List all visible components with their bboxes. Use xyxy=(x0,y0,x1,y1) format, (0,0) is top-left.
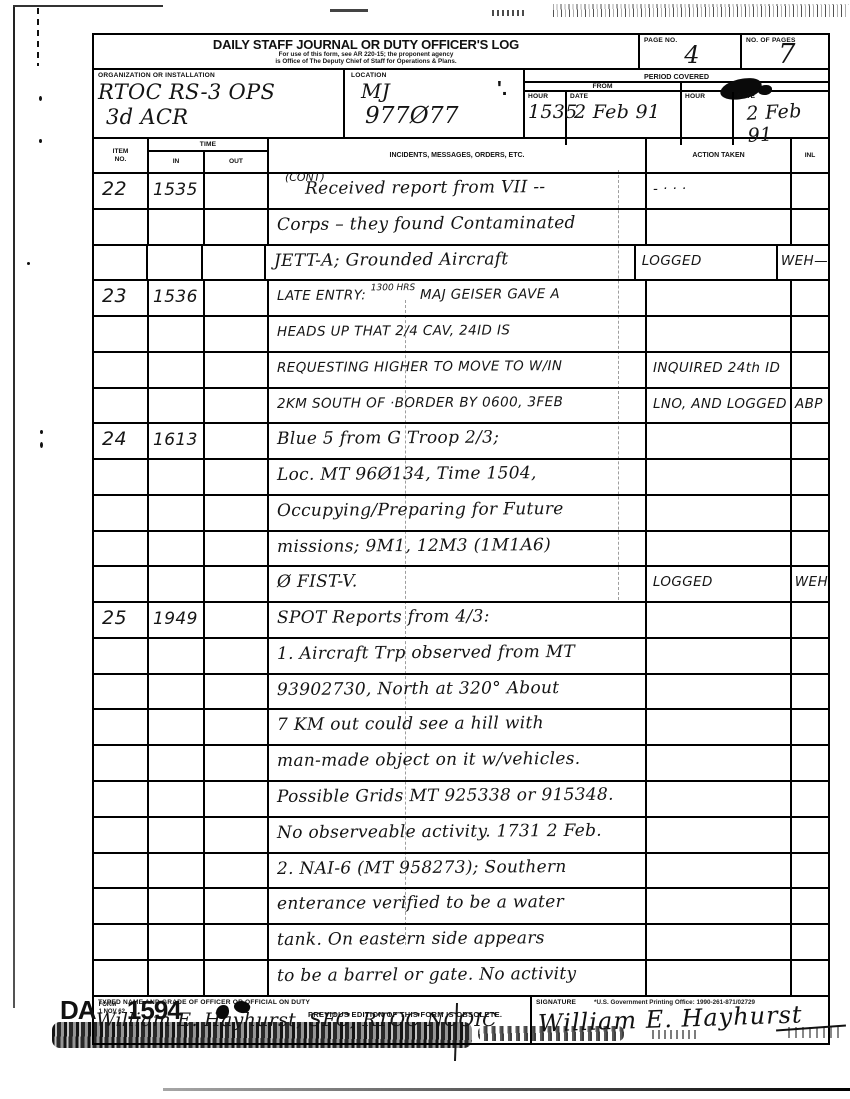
incident-main: No observeable activity. 1731 2 Feb. xyxy=(277,816,602,848)
margin-scan-mark xyxy=(37,8,39,66)
entry-time-in xyxy=(149,925,205,959)
period-covered-label: PERIOD COVERED xyxy=(525,70,828,83)
incident-line: SPOT Reports from 4/3: xyxy=(277,601,645,634)
entry-time-in xyxy=(149,639,205,673)
table-row: 251949SPOT Reports from 4/3: xyxy=(94,601,828,637)
incident-main: Corps – they found Contaminated xyxy=(277,208,576,240)
entry-time-in xyxy=(149,854,205,888)
incident-line: 93902730, North at 320° About xyxy=(277,672,645,705)
column-header-row: ITEM NO. TIME IN OUT INCIDENTS, MESSAGES… xyxy=(94,137,828,172)
incident-main: Ø FIST-V. xyxy=(277,567,358,598)
incident-line: man-made object on it w/vehicles. xyxy=(277,744,645,777)
entry-time-in xyxy=(148,246,203,280)
table-row: 7 KM out could see a hill with xyxy=(94,708,828,744)
to-hour-label: HOUR xyxy=(685,93,732,101)
table-row: missions; 9M1, 12M3 (1M1A6) xyxy=(94,530,828,566)
incident-main: 2. NAI-6 (MT 958273); Southern xyxy=(277,852,567,884)
incident-main: Blue 5 from G Troop 2/3; xyxy=(277,423,499,455)
page-no-box: PAGE NO. 4 xyxy=(640,35,742,68)
incident-line: Corps – they found Contaminated xyxy=(277,207,645,240)
table-row: Occupying/Preparing for Future xyxy=(94,494,828,530)
from-hour-label: HOUR xyxy=(528,93,565,101)
table-row: 221535(CONT)Received report from VII ---… xyxy=(94,172,828,208)
incident-main: JETT-A; Grounded Aircraft xyxy=(274,244,509,276)
incident-main: 2KM SOUTH OF ·BORDER BY 0600, 3FEB xyxy=(277,387,563,419)
entry-time-out xyxy=(205,782,269,816)
incident-main: to be a barrel or gate. No activity xyxy=(277,959,577,991)
table-row: 241613Blue 5 from G Troop 2/3; xyxy=(94,422,828,458)
form-number-line: DA FORM 1 NOV 62 1594 xyxy=(60,998,181,1022)
entry-action-taken xyxy=(647,210,792,244)
entry-incident-text: missions; 9M1, 12M3 (1M1A6) xyxy=(269,532,647,566)
entry-time-out xyxy=(205,746,269,780)
incident-line: Loc. MT 96Ø134, Time 1504, xyxy=(277,458,645,491)
form-edition: FORM 1 NOV 62 xyxy=(99,1002,125,1015)
col-item: ITEM NO. xyxy=(94,139,149,172)
entry-initials: ABP xyxy=(792,389,828,423)
entry-initials: WEH xyxy=(792,567,828,601)
entry-time-out xyxy=(205,675,269,709)
entry-initials xyxy=(792,460,828,494)
page-no-value: 4 xyxy=(644,45,740,65)
entry-incident-text: HEADS UP THAT 2/4 CAV, 24ID IS xyxy=(269,317,647,351)
entry-time-out xyxy=(205,961,269,995)
margin-dot xyxy=(40,442,43,448)
entry-item-no xyxy=(94,925,149,959)
table-row: enterance verified to be a water xyxy=(94,887,828,923)
entry-time-in xyxy=(149,961,205,995)
entry-time-out xyxy=(205,174,269,208)
entry-time-out xyxy=(205,460,269,494)
incident-line: missions; 9M1, 12M3 (1M1A6) xyxy=(277,529,645,562)
form-subtitle-2: is Office of The Deputy Chief of Staff f… xyxy=(94,58,638,65)
entry-action-taken xyxy=(647,925,792,959)
organization-label: ORGANIZATION OR INSTALLATION xyxy=(98,72,343,80)
entry-item-no xyxy=(94,675,149,709)
table-row: Loc. MT 96Ø134, Time 1504, xyxy=(94,458,828,494)
incident-superscript: 1300 HRS xyxy=(371,283,416,293)
table-row: man-made object on it w/vehicles. xyxy=(94,744,828,780)
entry-time-out xyxy=(205,925,269,959)
entry-incident-text: (CONT)Received report from VII -- xyxy=(269,174,647,208)
entry-initials xyxy=(792,603,828,637)
table-row: 2. NAI-6 (MT 958273); Southern xyxy=(94,852,828,888)
entry-item-no xyxy=(94,961,149,995)
entry-incident-text: Possible Grids MT 925338 or 915348. xyxy=(269,782,647,816)
scanner-noise-mid xyxy=(492,10,526,16)
incident-line: Ø FIST-V. xyxy=(277,565,645,598)
incident-main: Loc. MT 96Ø134, Time 1504, xyxy=(277,458,537,490)
obsolete-note: PREVIOUS EDITION OF THIS FORM IS OBSOLET… xyxy=(308,1010,502,1019)
entry-time-in xyxy=(149,210,205,244)
incident-line: to be a barrel or gate. No activity xyxy=(277,958,645,991)
entry-incident-text: 93902730, North at 320° About xyxy=(269,675,647,709)
entry-initials xyxy=(792,496,828,530)
table-row: JETT-A; Grounded AircraftLOGGEDWEH— xyxy=(94,244,828,280)
to-hour-cell: HOUR xyxy=(682,92,734,145)
incident-line: Possible Grids MT 925338 or 915348. xyxy=(277,779,645,812)
org-row: ORGANIZATION OR INSTALLATION RTOC RS-3 O… xyxy=(94,68,828,137)
entry-incident-text: Blue 5 from G Troop 2/3; xyxy=(269,424,647,458)
table-row: 231536LATE ENTRY: 1300 HRS MAJ GEISER GA… xyxy=(94,279,828,315)
margin-dot xyxy=(40,430,43,434)
col-item-line1: ITEM xyxy=(113,148,129,156)
entry-initials xyxy=(792,925,828,959)
table-row: 1. Aircraft Trp observed from MT xyxy=(94,637,828,673)
entry-time-in xyxy=(149,496,205,530)
incident-main: 93902730, North at 320° About xyxy=(277,673,560,705)
entry-item-no xyxy=(94,889,149,923)
entry-action-taken: INQUIRED 24th ID xyxy=(647,353,792,387)
entry-incident-text: 7 KM out could see a hill with xyxy=(269,710,647,744)
incident-line: tank. On eastern side appears xyxy=(277,923,645,956)
from-date-label: DATE xyxy=(570,93,680,101)
pages-box: NO. OF PAGES 7 xyxy=(742,35,828,68)
ink-blob xyxy=(216,1005,229,1019)
entry-time-out xyxy=(205,424,269,458)
incident-line: 1. Aircraft Trp observed from MT xyxy=(277,636,645,669)
table-row: 2KM SOUTH OF ·BORDER BY 0600, 3FEBLNO, A… xyxy=(94,387,828,423)
entry-item-no: 22 xyxy=(94,174,149,208)
incident-main: enterance verified to be a water xyxy=(277,887,564,919)
entry-time-out xyxy=(205,603,269,637)
incident-main: HEADS UP THAT 2/4 CAV, 24ID IS xyxy=(277,315,511,347)
entry-time-in xyxy=(149,818,205,852)
incident-line: HEADS UP THAT 2/4 CAV, 24ID IS xyxy=(277,314,645,347)
col-time: TIME IN OUT xyxy=(149,139,269,172)
entry-action-taken xyxy=(647,532,792,566)
entry-time-out xyxy=(205,854,269,888)
pages-value: 7 xyxy=(746,45,828,65)
from-hour-cell: HOUR 1535 xyxy=(525,92,567,145)
entry-action-taken: LOGGED xyxy=(647,567,792,601)
entry-action-taken xyxy=(647,854,792,888)
entry-time-in xyxy=(149,675,205,709)
entry-initials xyxy=(792,854,828,888)
organization-value-1: RTOC RS-3 OPS xyxy=(98,80,343,104)
incident-main: Possible Grids MT 925338 or 915348. xyxy=(277,780,614,812)
entry-action-taken xyxy=(647,639,792,673)
entry-incident-text: LATE ENTRY: 1300 HRS MAJ GEISER GAVE A xyxy=(269,281,647,315)
entry-time-out xyxy=(205,889,269,923)
entry-initials xyxy=(792,317,828,351)
entry-action-taken: - · · · xyxy=(647,174,792,208)
entry-action-taken xyxy=(647,424,792,458)
entry-incident-text: Corps – they found Contaminated xyxy=(269,210,647,244)
entry-item-no xyxy=(94,532,149,566)
entry-item-no xyxy=(94,246,148,280)
entry-time-in xyxy=(149,389,205,423)
from-date-cell: DATE 2 Feb 91 xyxy=(567,92,682,145)
entry-initials xyxy=(792,889,828,923)
entry-initials xyxy=(792,210,828,244)
entry-action-taken: LOGGED xyxy=(636,246,778,280)
entry-time-out xyxy=(205,389,269,423)
table-row: No observeable activity. 1731 2 Feb. xyxy=(94,816,828,852)
entry-time-in xyxy=(149,353,205,387)
entry-time-out xyxy=(205,639,269,673)
entry-incident-text: 2. NAI-6 (MT 958273); Southern xyxy=(269,854,647,888)
entry-time-in xyxy=(149,782,205,816)
entry-time-in: 1535 xyxy=(149,174,205,208)
entry-incident-text: 1. Aircraft Trp observed from MT xyxy=(269,639,647,673)
entry-item-no xyxy=(94,460,149,494)
incident-line: LATE ENTRY: 1300 HRS MAJ GEISER GAVE A xyxy=(277,279,645,314)
scan-bottom-edge xyxy=(163,1088,850,1091)
col-out: OUT xyxy=(205,152,267,172)
incident-line: (CONT)Received report from VII -- xyxy=(277,171,645,204)
entry-incident-text: man-made object on it w/vehicles. xyxy=(269,746,647,780)
table-row: tank. On eastern side appears xyxy=(94,923,828,959)
location-box: LOCATION MJ 977Ø77 '. xyxy=(345,70,525,137)
scanner-noise-dash xyxy=(330,9,368,12)
entry-time-out xyxy=(205,353,269,387)
entry-action-taken xyxy=(647,603,792,637)
entry-initials xyxy=(792,746,828,780)
incident-main: Occupying/Preparing for Future xyxy=(277,494,564,526)
incident-line: Blue 5 from G Troop 2/3; xyxy=(277,422,645,455)
form-date: 1 NOV 62 xyxy=(99,1009,125,1016)
scanner-noise-top xyxy=(553,4,849,17)
table-row: HEADS UP THAT 2/4 CAV, 24ID IS xyxy=(94,315,828,351)
scanned-document-page: DAILY STAFF JOURNAL OR DUTY OFFICER'S LO… xyxy=(0,0,850,1099)
entry-action-taken xyxy=(647,818,792,852)
incident-main: missions; 9M1, 12M3 (1M1A6) xyxy=(277,530,551,562)
entry-item-no xyxy=(94,818,149,852)
incident-main: REQUESTING HIGHER TO MOVE TO W/IN xyxy=(277,351,563,383)
margin-dot xyxy=(39,139,42,143)
col-time-label: TIME xyxy=(149,139,267,152)
entry-time-out xyxy=(205,496,269,530)
entry-time-in xyxy=(149,567,205,601)
incident-main: 1. Aircraft Trp observed from MT xyxy=(277,637,575,669)
entry-time-in xyxy=(149,532,205,566)
entry-incident-text: JETT-A; Grounded Aircraft xyxy=(266,246,636,280)
entry-time-out xyxy=(205,567,269,601)
entry-time-out xyxy=(205,710,269,744)
location-value-2: 977Ø77 xyxy=(351,102,523,130)
entry-time-in xyxy=(149,746,205,780)
incident-line: 2. NAI-6 (MT 958273); Southern xyxy=(277,851,645,884)
entry-incident-text: Ø FIST-V. xyxy=(269,567,647,601)
entry-time-out xyxy=(205,317,269,351)
incident-line: No observeable activity. 1731 2 Feb. xyxy=(277,815,645,848)
incident-main: tank. On eastern side appears xyxy=(277,923,545,955)
entry-action-taken xyxy=(647,460,792,494)
entry-initials xyxy=(792,639,828,673)
title-row: DAILY STAFF JOURNAL OR DUTY OFFICER'S LO… xyxy=(94,35,828,68)
stray-ink-mark: '. xyxy=(497,78,507,101)
entry-time-in xyxy=(149,889,205,923)
entry-initials xyxy=(792,782,828,816)
entry-item-no xyxy=(94,746,149,780)
entry-time-in: 1949 xyxy=(149,603,205,637)
entry-item-no xyxy=(94,353,149,387)
entry-action-taken xyxy=(647,961,792,995)
entry-time-in xyxy=(149,710,205,744)
to-label-area xyxy=(682,83,828,90)
organization-box: ORGANIZATION OR INSTALLATION RTOC RS-3 O… xyxy=(94,70,345,137)
entry-action-taken xyxy=(647,317,792,351)
entry-incident-text: Occupying/Preparing for Future xyxy=(269,496,647,530)
from-hour-value: 1535 xyxy=(528,101,565,123)
margin-dot xyxy=(27,262,30,265)
entry-initials xyxy=(792,281,828,315)
entry-item-no: 24 xyxy=(94,424,149,458)
entry-action-taken xyxy=(647,746,792,780)
table-row: REQUESTING HIGHER TO MOVE TO W/ININQUIRE… xyxy=(94,351,828,387)
da-form-1594: DAILY STAFF JOURNAL OR DUTY OFFICER'S LO… xyxy=(92,33,830,1045)
entry-initials: WEH— xyxy=(778,246,828,280)
entry-item-no: 23 xyxy=(94,281,149,315)
entry-initials xyxy=(792,818,828,852)
entry-incident-text: 2KM SOUTH OF ·BORDER BY 0600, 3FEB xyxy=(269,389,647,423)
from-to-row: FROM xyxy=(525,83,828,92)
page-edge-line-top xyxy=(13,5,163,7)
table-row: to be a barrel or gate. No activity xyxy=(94,959,828,995)
col-inl: INL xyxy=(792,139,828,172)
incident-line: 2KM SOUTH OF ·BORDER BY 0600, 3FEB xyxy=(277,386,645,419)
entry-time-in xyxy=(149,317,205,351)
hour-date-row: HOUR 1535 DATE 2 Feb 91 HOUR DATE 2 Feb … xyxy=(525,92,828,145)
incident-note: (CONT) xyxy=(285,172,325,183)
entry-item-no xyxy=(94,317,149,351)
entry-initials xyxy=(792,710,828,744)
entry-initials xyxy=(792,353,828,387)
from-label: FROM xyxy=(525,83,682,90)
table-row: Ø FIST-V.LOGGEDWEH xyxy=(94,565,828,601)
entry-item-no: 25 xyxy=(94,603,149,637)
entry-time-in: 1536 xyxy=(149,281,205,315)
entry-time-out xyxy=(205,818,269,852)
entry-incident-text: to be a barrel or gate. No activity xyxy=(269,961,647,995)
entry-item-no xyxy=(94,567,149,601)
entry-action-taken xyxy=(647,281,792,315)
entry-action-taken xyxy=(647,496,792,530)
entry-time-in xyxy=(149,460,205,494)
entry-initials xyxy=(792,424,828,458)
from-date-value: 2 Feb 91 xyxy=(570,101,680,123)
entry-item-no xyxy=(94,496,149,530)
entry-action-taken xyxy=(647,675,792,709)
entry-initials xyxy=(792,174,828,208)
incident-line: enterance verified to be a water xyxy=(277,887,645,920)
page-edge-line xyxy=(13,6,15,1008)
margin-dot xyxy=(39,96,42,101)
incident-line: REQUESTING HIGHER TO MOVE TO W/IN xyxy=(277,350,645,383)
incident-line: Occupying/Preparing for Future xyxy=(277,493,645,526)
col-item-line2: NO. xyxy=(115,156,127,164)
entry-action-taken xyxy=(647,710,792,744)
entry-time-in: 1613 xyxy=(149,424,205,458)
col-in: IN xyxy=(149,152,205,172)
entry-time-out xyxy=(205,210,269,244)
entry-time-out xyxy=(205,281,269,315)
entry-action-taken: LNO, AND LOGGED xyxy=(647,389,792,423)
entry-initials xyxy=(792,675,828,709)
entry-initials xyxy=(792,532,828,566)
col-incidents: INCIDENTS, MESSAGES, ORDERS, ETC. xyxy=(269,139,647,172)
entry-action-taken xyxy=(647,889,792,923)
form-subtitle-1: For use of this form, see AR 220-15; the… xyxy=(94,51,638,58)
to-date-cell: DATE 2 Feb 91 xyxy=(734,92,828,145)
incident-line: JETT-A; Grounded Aircraft xyxy=(274,243,634,276)
entry-item-no xyxy=(94,782,149,816)
incident-main: man-made object on it w/vehicles. xyxy=(277,744,581,776)
title-box: DAILY STAFF JOURNAL OR DUTY OFFICER'S LO… xyxy=(94,35,640,68)
organization-value-2: 3d ACR xyxy=(98,104,343,130)
entry-item-no xyxy=(94,639,149,673)
form-title: DAILY STAFF JOURNAL OR DUTY OFFICER'S LO… xyxy=(94,38,638,51)
entry-item-no xyxy=(94,854,149,888)
entry-incident-text: No observeable activity. 1731 2 Feb. xyxy=(269,818,647,852)
incident-main: 7 KM out could see a hill with xyxy=(277,709,544,741)
incident-main: LATE ENTRY: 1300 HRS MAJ GEISER GAVE A xyxy=(277,286,560,304)
entry-item-no xyxy=(94,710,149,744)
entry-time-out xyxy=(205,532,269,566)
incident-main: SPOT Reports from 4/3: xyxy=(277,602,490,633)
table-row: 93902730, North at 320° About xyxy=(94,673,828,709)
entry-action-taken xyxy=(647,782,792,816)
form-number: 1594 xyxy=(127,998,181,1022)
table-row: Possible Grids MT 925338 or 915348. xyxy=(94,780,828,816)
entry-incident-text: REQUESTING HIGHER TO MOVE TO W/IN xyxy=(269,353,647,387)
entry-initials xyxy=(792,961,828,995)
period-covered-box: PERIOD COVERED FROM HOUR 1535 DATE xyxy=(525,70,828,137)
entry-incident-text: enterance verified to be a water xyxy=(269,889,647,923)
table-row: Corps – they found Contaminated xyxy=(94,208,828,244)
incident-line: 7 KM out could see a hill with xyxy=(277,708,645,741)
entry-time-out xyxy=(203,246,266,280)
entry-incident-text: SPOT Reports from 4/3: xyxy=(269,603,647,637)
da-text: DA xyxy=(60,998,96,1022)
gpo-line: *U.S. Government Printing Office: 1990-2… xyxy=(594,999,755,1006)
entry-item-no xyxy=(94,389,149,423)
entry-incident-text: tank. On eastern side appears xyxy=(269,925,647,959)
entry-item-no xyxy=(94,210,149,244)
entry-incident-text: Loc. MT 96Ø134, Time 1504, xyxy=(269,460,647,494)
journal-entries: 221535(CONT)Received report from VII ---… xyxy=(94,172,828,995)
col-action: ACTION TAKEN xyxy=(647,139,792,172)
